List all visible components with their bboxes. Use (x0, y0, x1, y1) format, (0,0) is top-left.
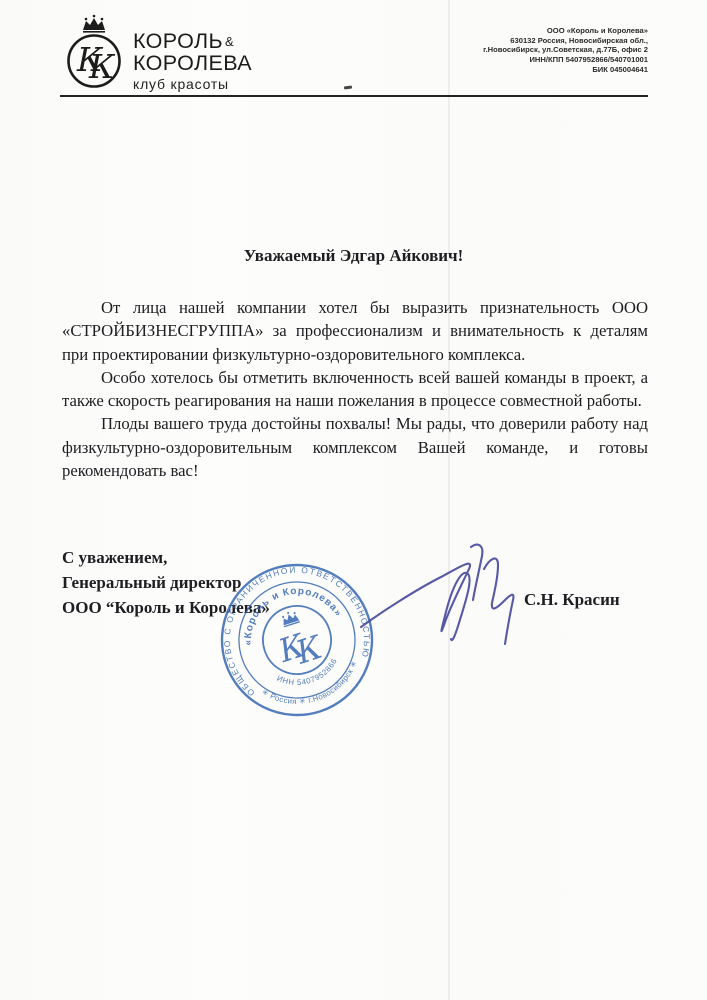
company-round-stamp: ОБЩЕСТВО С ОГРАНИЧЕННОЙ ОТВЕТСТВЕННОСТЬЮ… (216, 559, 378, 721)
company-address-line2: г.Новосибирск, ул.Советская, д.77Б, офис… (483, 45, 648, 55)
company-bik-line: БИК 045004641 (483, 65, 648, 75)
company-inn-kpp-line: ИНН/КПП 5407952866/540701001 (483, 55, 648, 65)
logo-wordmark: КОРОЛЬ& КОРОЛЕВА клуб красоты (133, 14, 252, 92)
crown-icon (83, 15, 105, 33)
logo-name-line1: КОРОЛЬ& (133, 31, 252, 53)
letter-paragraph: Особо хотелось бы отметить включенность … (62, 366, 648, 413)
logo-ampersand: & (225, 34, 234, 49)
scanned-letter-page: К К КОРОЛЬ& КОРОЛЕВА клуб красоты ООО «К… (0, 0, 707, 1000)
stamp-crown-icon (280, 609, 300, 627)
signer-name: С.Н. Красин (524, 590, 620, 610)
handwritten-signature (355, 535, 530, 653)
company-address-line1: 630132 Россия, Новосибирская обл., (483, 36, 648, 46)
letter-paragraph: Плоды вашего труда достойны похвалы! Мы … (62, 412, 648, 482)
letter-body: От лица нашей компании хотел бы выразить… (62, 296, 648, 482)
scan-ink-artifact (344, 85, 352, 89)
scan-fold-artifact (448, 0, 450, 1000)
letter-paragraph: От лица нашей компании хотел бы выразить… (62, 296, 648, 366)
logo-monogram-emblem: К К (62, 14, 126, 94)
letter-salutation: Уважаемый Эдгар Айкович! (0, 246, 707, 266)
company-logo: К К КОРОЛЬ& КОРОЛЕВА клуб красоты (62, 14, 252, 94)
header-divider-rule (60, 95, 648, 97)
logo-name-line2: КОРОЛЕВА (133, 53, 252, 74)
company-details-block: ООО «Король и Королева» 630132 Россия, Н… (483, 26, 648, 75)
logo-tagline: клуб красоты (133, 76, 252, 92)
svg-text:К: К (88, 47, 116, 86)
company-name-line: ООО «Король и Королева» (483, 26, 648, 36)
